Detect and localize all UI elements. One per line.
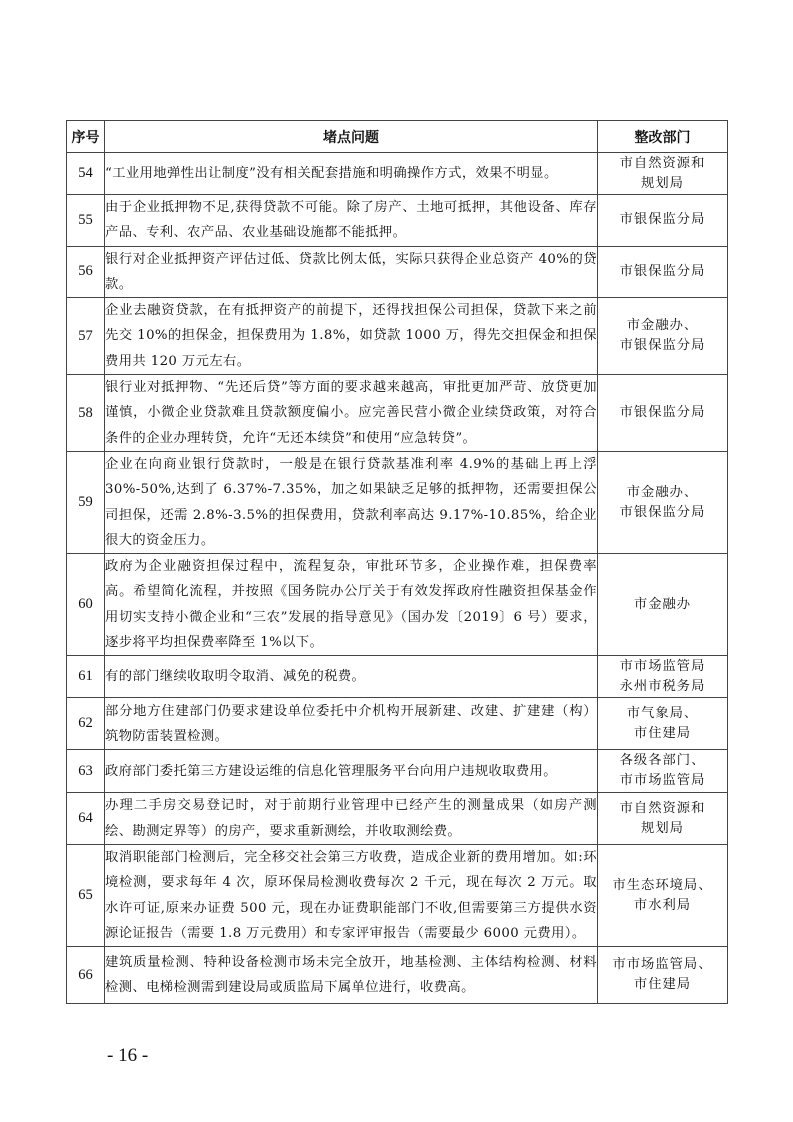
row-issue: 企业在向商业银行贷款时，一般是在银行贷款基准利率 4.9%的基础上再上浮 30%… xyxy=(105,451,598,553)
row-number: 59 xyxy=(67,451,105,553)
row-issue: 企业去融资贷款，在有抵押资产的前提下，还得找担保公司担保，贷款下来之前先交 10… xyxy=(105,298,598,375)
row-number: 62 xyxy=(67,698,105,750)
table-row: 62部分地方住建部门仍要求建设单位委托中介机构开展新建、改建、扩建建（构）筑物防… xyxy=(67,698,728,750)
row-department: 市市场监管局、 市住建局 xyxy=(598,947,728,1004)
table-row: 56银行对企业抵押资产评估过低、贷款比例太低，实际只获得企业总资产 40%的贷款… xyxy=(67,246,728,298)
table-row: 60政府为企业融资担保过程中，流程复杂，审批环节多，企业操作难，担保费率高。希望… xyxy=(67,554,728,656)
row-issue: “工业用地弹性出让制度”没有相关配套措施和明确操作方式，效果不明显。 xyxy=(105,153,598,195)
row-department: 市银保监分局 xyxy=(598,246,728,298)
table-row: 61有的部门继续收取明令取消、减免的税费。市市场监管局 永州市税务局 xyxy=(67,656,728,698)
row-number: 56 xyxy=(67,246,105,298)
row-number: 64 xyxy=(67,793,105,845)
row-issue: 取消职能部门检测后，完全移交社会第三方收费，造成企业新的费用增加。如:环境检测，… xyxy=(105,844,598,946)
table-row: 55由于企业抵押物不足,获得贷款不可能。除了房产、土地可抵押，其他设备、库存产品… xyxy=(67,195,728,247)
table-row: 64办理二手房交易登记时，对于前期行业管理中已经产生的测量成果（如房产测绘、勘测… xyxy=(67,793,728,845)
row-issue: 部分地方住建部门仍要求建设单位委托中介机构开展新建、改建、扩建建（构）筑物防雷装… xyxy=(105,698,598,750)
header-issue: 堵点问题 xyxy=(105,121,598,153)
table-row: 63政府部门委托第三方建设运维的信息化管理服务平台向用户违规收取费用。各级各部门… xyxy=(67,750,728,793)
row-department: 市金融办、 市银保监分局 xyxy=(598,451,728,553)
row-number: 60 xyxy=(67,554,105,656)
row-number: 66 xyxy=(67,947,105,1004)
table-row: 65取消职能部门检测后，完全移交社会第三方收费，造成企业新的费用增加。如:环境检… xyxy=(67,844,728,946)
row-department: 市气象局、 市住建局 xyxy=(598,698,728,750)
row-department: 市银保监分局 xyxy=(598,375,728,452)
table-row: 57企业去融资贷款，在有抵押资产的前提下，还得找担保公司担保，贷款下来之前先交 … xyxy=(67,298,728,375)
row-issue: 由于企业抵押物不足,获得贷款不可能。除了房产、土地可抵押，其他设备、库存产品、专… xyxy=(105,195,598,247)
page-number: - 16 - xyxy=(107,1045,148,1067)
table-row: 58银行业对抵押物、“先还后贷”等方面的要求越来越高，审批更加严苛、放贷更加谨慎… xyxy=(67,375,728,452)
row-department: 市金融办、 市银保监分局 xyxy=(598,298,728,375)
issues-table: 序号 堵点问题 整改部门 54“工业用地弹性出让制度”没有相关配套措施和明确操作… xyxy=(66,120,728,1004)
row-department: 市金融办 xyxy=(598,554,728,656)
row-number: 57 xyxy=(67,298,105,375)
row-issue: 政府部门委托第三方建设运维的信息化管理服务平台向用户违规收取费用。 xyxy=(105,750,598,793)
row-issue: 有的部门继续收取明令取消、减免的税费。 xyxy=(105,656,598,698)
table-row: 54“工业用地弹性出让制度”没有相关配套措施和明确操作方式，效果不明显。市自然资… xyxy=(67,153,728,195)
row-department: 市自然资源和 规划局 xyxy=(598,153,728,195)
row-department: 各级各部门、 市市场监管局 xyxy=(598,750,728,793)
row-department: 市市场监管局 永州市税务局 xyxy=(598,656,728,698)
table-row: 59企业在向商业银行贷款时，一般是在银行贷款基准利率 4.9%的基础上再上浮 3… xyxy=(67,451,728,553)
table-body: 54“工业用地弹性出让制度”没有相关配套措施和明确操作方式，效果不明显。市自然资… xyxy=(67,153,728,1004)
row-issue: 银行业对抵押物、“先还后贷”等方面的要求越来越高，审批更加严苛、放贷更加谨慎，小… xyxy=(105,375,598,452)
row-number: 61 xyxy=(67,656,105,698)
header-dept: 整改部门 xyxy=(598,121,728,153)
row-number: 58 xyxy=(67,375,105,452)
row-issue: 银行对企业抵押资产评估过低、贷款比例太低，实际只获得企业总资产 40%的贷款。 xyxy=(105,246,598,298)
document-page: 序号 堵点问题 整改部门 54“工业用地弹性出让制度”没有相关配套措施和明确操作… xyxy=(0,0,793,1122)
row-number: 63 xyxy=(67,750,105,793)
row-number: 65 xyxy=(67,844,105,946)
table-row: 66建筑质量检测、特种设备检测市场未完全放开，地基检测、主体结构检测、材料检测、… xyxy=(67,947,728,1004)
row-department: 市银保监分局 xyxy=(598,195,728,247)
header-no: 序号 xyxy=(67,121,105,153)
row-issue: 政府为企业融资担保过程中，流程复杂，审批环节多，企业操作难，担保费率高。希望简化… xyxy=(105,554,598,656)
row-department: 市自然资源和 规划局 xyxy=(598,793,728,845)
row-issue: 办理二手房交易登记时，对于前期行业管理中已经产生的测量成果（如房产测绘、勘测定界… xyxy=(105,793,598,845)
row-issue: 建筑质量检测、特种设备检测市场未完全放开，地基检测、主体结构检测、材料检测、电梯… xyxy=(105,947,598,1004)
row-number: 55 xyxy=(67,195,105,247)
row-department: 市生态环境局、 市水利局 xyxy=(598,844,728,946)
table-header-row: 序号 堵点问题 整改部门 xyxy=(67,121,728,153)
row-number: 54 xyxy=(67,153,105,195)
